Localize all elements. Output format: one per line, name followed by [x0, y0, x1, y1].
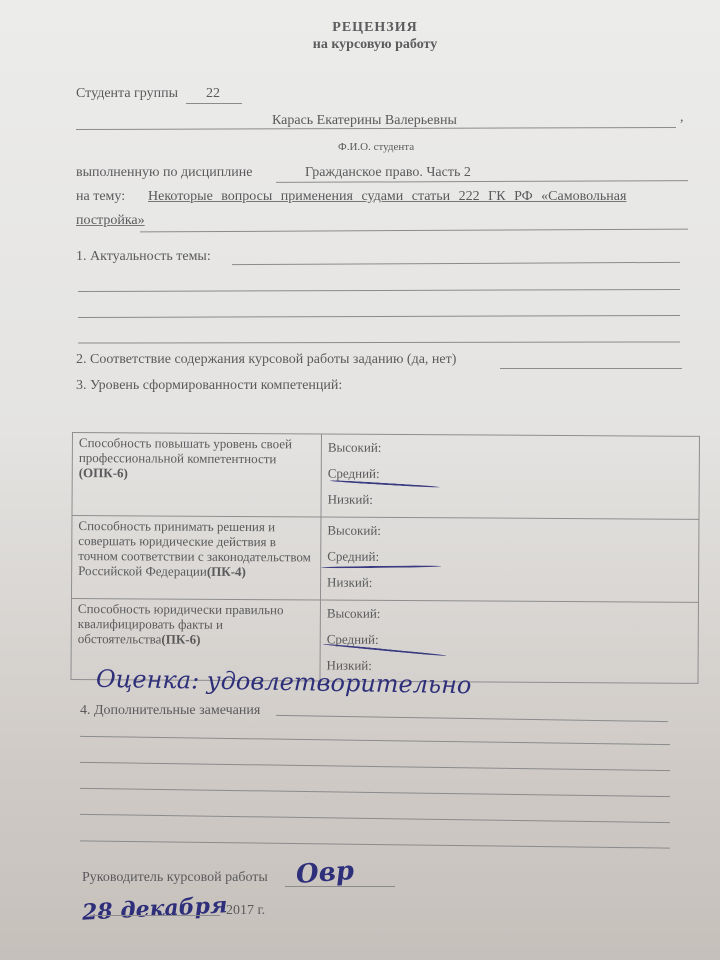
document-subtitle: на курсовую работу	[0, 37, 720, 53]
group-value: 22	[206, 86, 220, 102]
review-form-page: РЕЦЕНЗИЯ на курсовую работу Студента гру…	[0, 0, 720, 960]
competence-code: (ОПК-6)	[79, 465, 128, 480]
handwritten-mark-medium	[321, 565, 441, 568]
level-low[interactable]: Низкий:	[328, 487, 693, 515]
group-label: Студента группы	[76, 86, 178, 102]
group-underline	[186, 103, 242, 104]
competence-code: (ПК-6)	[161, 632, 200, 647]
competence-label: 3. Уровень сформированности компетенций:	[76, 378, 342, 394]
relevance-field-line[interactable]	[78, 341, 680, 343]
name-comma: ,	[680, 110, 684, 126]
level-medium[interactable]: Средний:	[328, 461, 693, 489]
relevance-label: 1. Актуальность темы:	[76, 249, 211, 265]
remarks-label: 4. Дополнительные замечания	[80, 703, 260, 719]
supervisor-label: Руководитель курсовой работы	[82, 870, 268, 886]
date-line[interactable]	[90, 915, 220, 916]
handwritten-grade: Оценка: удовлетворительно	[96, 665, 472, 700]
remarks-field-line[interactable]	[80, 762, 670, 771]
topic-label: на тему:	[76, 189, 125, 205]
remarks-field-line[interactable]	[80, 840, 670, 848]
topic-underline	[140, 229, 688, 233]
table-row: Способность повышать уровень своей профе…	[72, 433, 699, 520]
remarks-field-line[interactable]	[276, 715, 668, 722]
remarks-field-line[interactable]	[80, 736, 670, 745]
level-medium[interactable]: Средний:	[327, 544, 692, 572]
competence-code: (ПК-4)	[207, 564, 246, 579]
relevance-field-line[interactable]	[232, 262, 680, 265]
correspondence-label: 2. Соответствие содержания курсовой рабо…	[76, 352, 456, 368]
competence-description: Способность принимать решения и совершат…	[71, 516, 321, 601]
level-high[interactable]: Высокий:	[327, 601, 692, 629]
competence-levels: Высокий: Средний: Низкий:	[321, 434, 699, 519]
correspondence-field-line[interactable]	[500, 368, 682, 369]
level-high[interactable]: Высокий:	[328, 435, 693, 463]
topic-line-2: постройка»	[76, 213, 145, 229]
topic-line-1: Некоторые вопросы применения судами стат…	[148, 189, 626, 205]
discipline-value: Гражданское право. Часть 2	[305, 165, 471, 181]
relevance-field-line[interactable]	[78, 315, 680, 318]
competence-levels: Высокий: Средний: Низкий:	[320, 517, 698, 602]
student-name: Карась Екатерины Валерьевны	[272, 113, 457, 129]
year-label: 2017 г.	[226, 903, 265, 919]
relevance-field-line[interactable]	[78, 289, 680, 292]
level-low[interactable]: Низкий:	[327, 570, 692, 598]
name-caption: Ф.И.О. студента	[338, 141, 414, 153]
remarks-field-line[interactable]	[80, 814, 670, 823]
competence-table: Способность повышать уровень своей профе…	[70, 432, 700, 684]
document-title: РЕЦЕНЗИЯ	[0, 20, 720, 36]
table-row: Способность принимать решения и совершат…	[71, 516, 698, 603]
handwritten-date: 28 декабря	[81, 892, 228, 926]
discipline-label: выполненную по дисциплине	[76, 165, 252, 181]
remarks-field-line[interactable]	[80, 788, 670, 797]
level-medium[interactable]: Средний:	[327, 627, 692, 655]
level-high[interactable]: Высокий:	[327, 518, 692, 546]
handwritten-signature: Овр	[295, 856, 355, 890]
competence-description: Способность повышать уровень своей профе…	[72, 433, 322, 518]
